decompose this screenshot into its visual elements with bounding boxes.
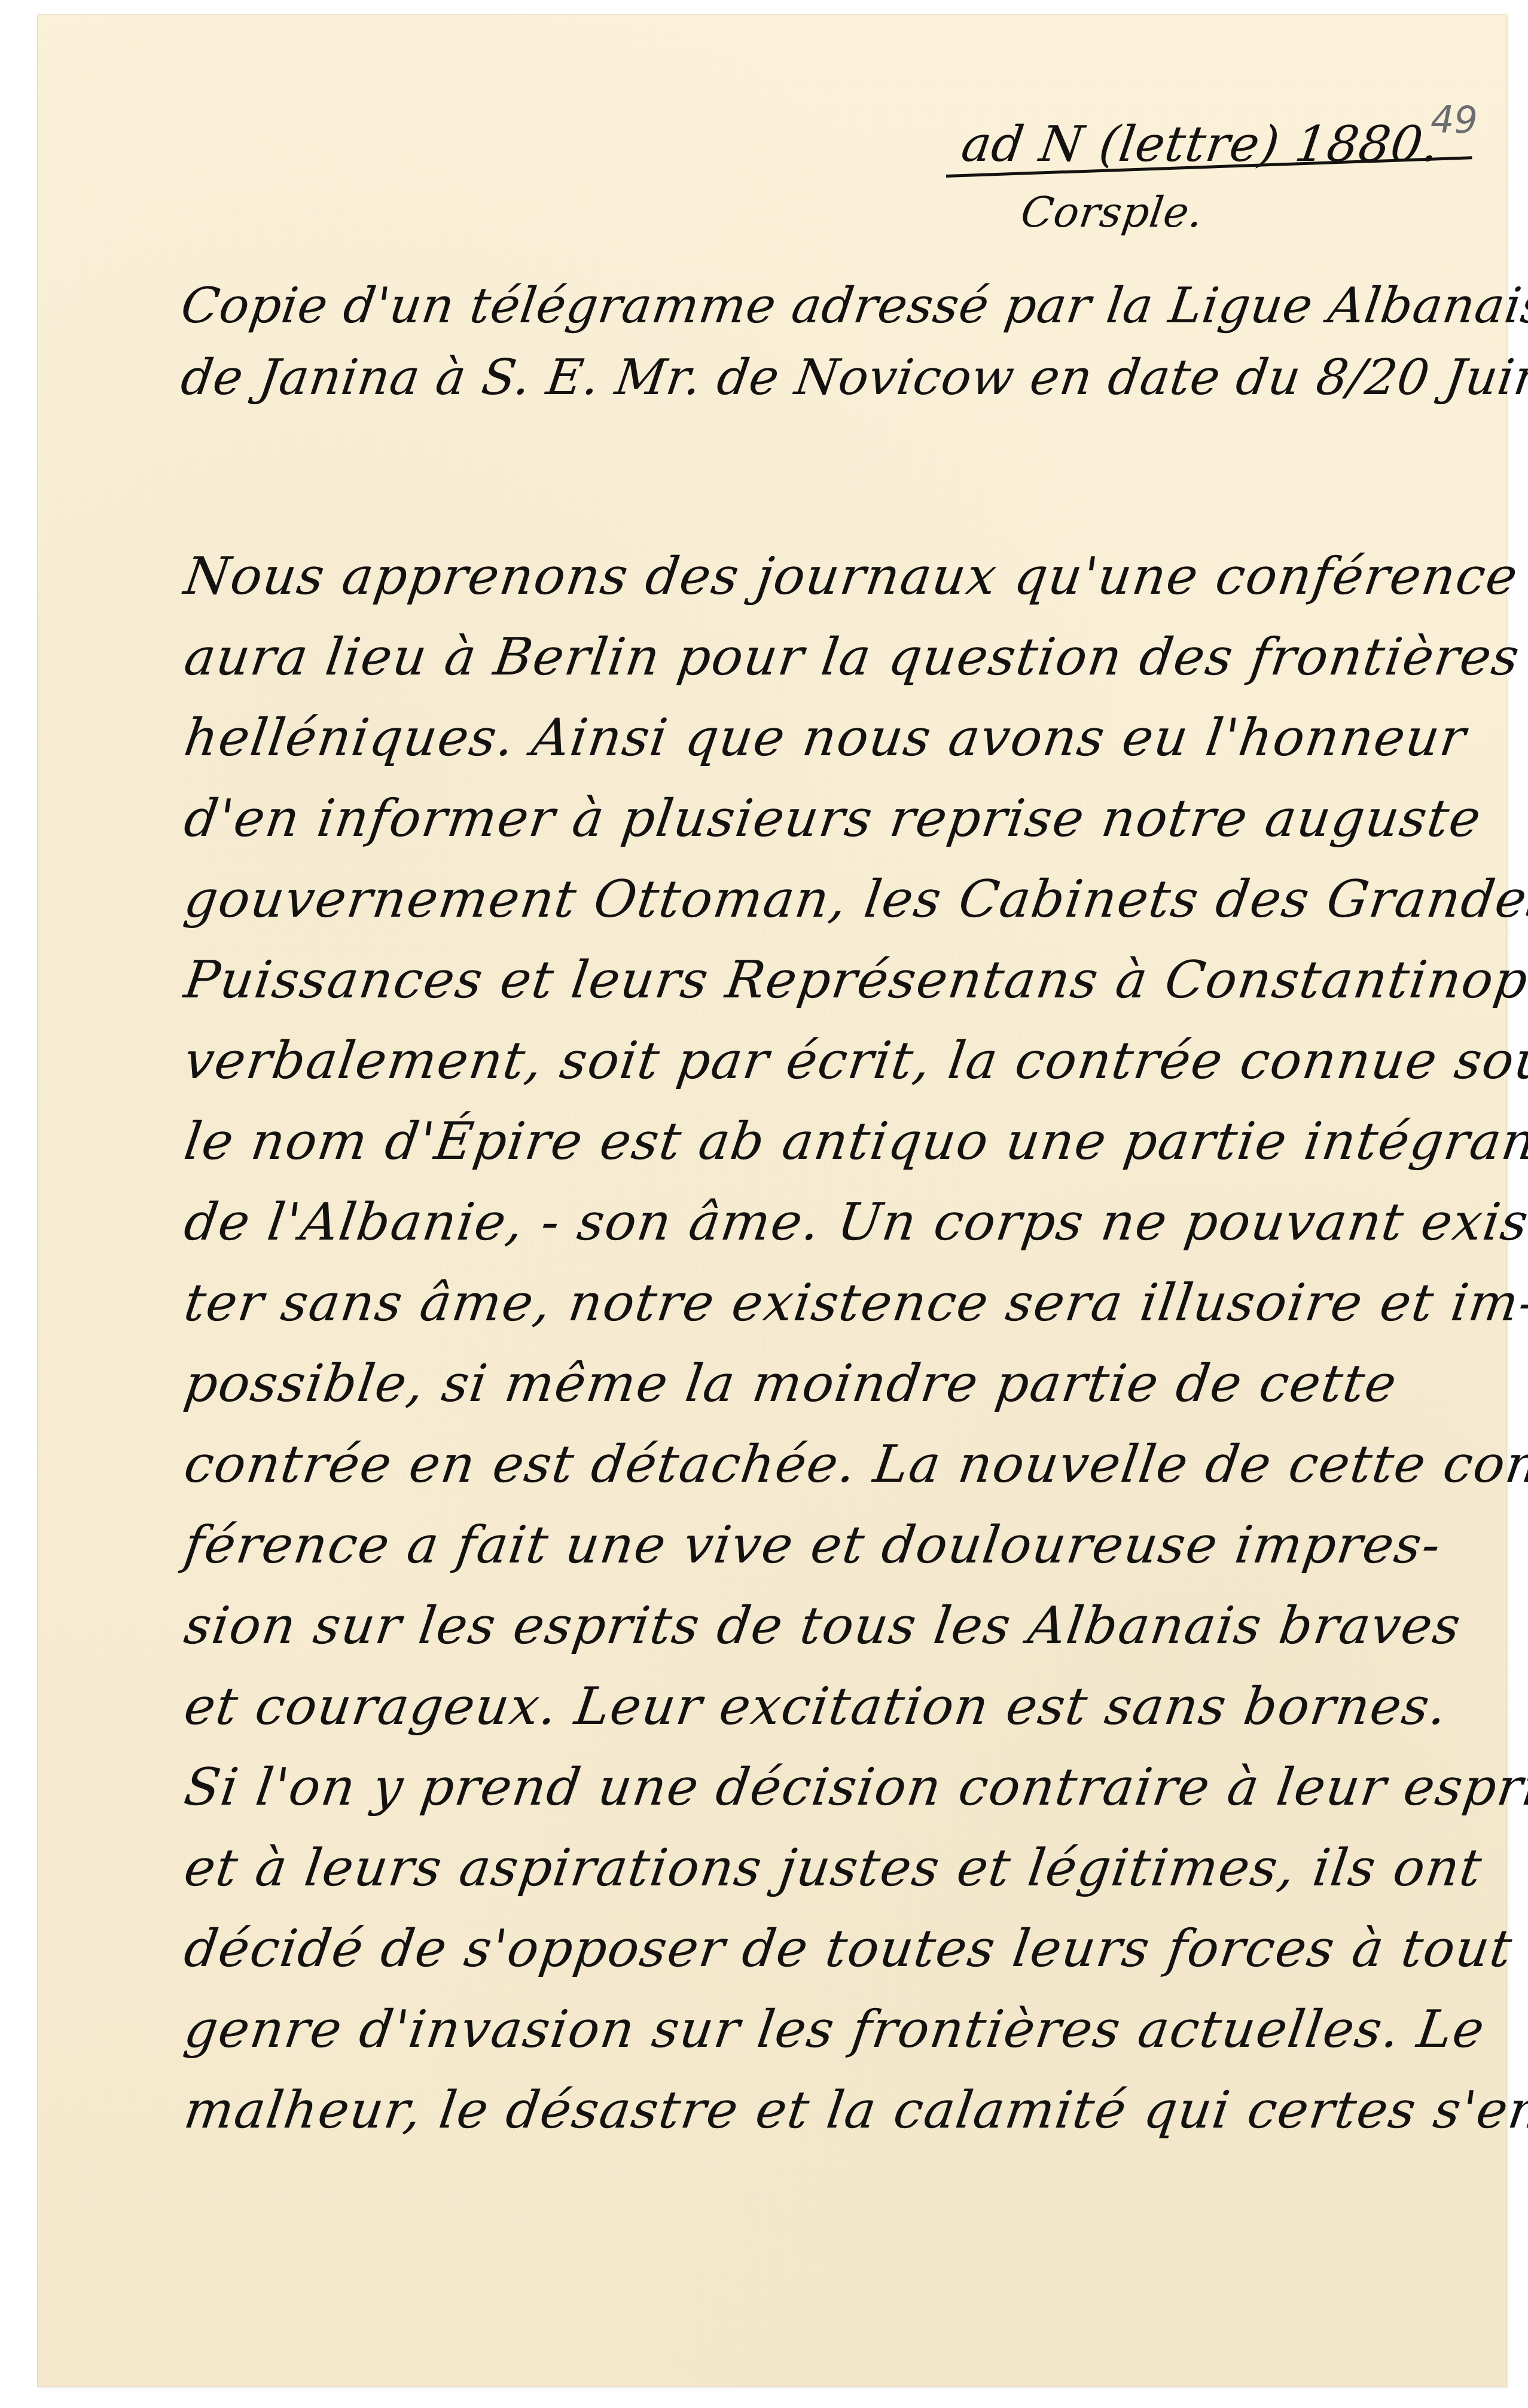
body-line: gouvernement Ottoman, les Cabinets des G… xyxy=(181,869,1528,929)
body-line: et à leurs aspirations justes et légitim… xyxy=(181,1838,1486,1898)
body-line: helléniques. Ainsi que nous avons eu l'h… xyxy=(181,708,1471,768)
body-line: de l'Albanie, - son âme. Un corps ne pou… xyxy=(181,1192,1528,1252)
body-line: malheur, le désastre et la calamité qui … xyxy=(181,2080,1528,2140)
body-line: décidé de s'opposer de toutes leurs forc… xyxy=(181,1919,1517,1979)
body-line: verbalement, soit par écrit, la contrée … xyxy=(181,1031,1528,1091)
body-line: aura lieu à Berlin pour la question des … xyxy=(181,627,1524,687)
body-line: Si l'on y prend une décision contraire à… xyxy=(181,1757,1528,1817)
body-line: Puissances et leurs Représentans à Const… xyxy=(181,950,1528,1010)
body-line: le nom d'Épire est ab antiquo une partie… xyxy=(181,1112,1528,1171)
body-line: férence a fait une vive et douloureuse i… xyxy=(181,1515,1445,1575)
body-line: Nous apprenons des journaux qu'une confé… xyxy=(181,547,1522,606)
body-line: et courageux. Leur excitation est sans b… xyxy=(181,1677,1451,1736)
header-annotation: Corsple. xyxy=(1018,188,1206,237)
body-line: sion sur les esprits de tous les Albanai… xyxy=(181,1596,1465,1656)
body-line: possible, si même la moindre partie de c… xyxy=(181,1354,1401,1414)
title-line: de Janina à S. E. Mr. de Novicow en date… xyxy=(178,349,1528,406)
title-line: Copie d'un télégramme adressé par la Lig… xyxy=(178,277,1528,334)
manuscript-page: 49 ad N (lettre) 1880. Corsple. Copie d'… xyxy=(37,14,1507,2387)
body-line: genre d'invasion sur les frontières actu… xyxy=(181,2000,1489,2059)
header-reference: ad N (lettre) 1880. xyxy=(958,116,1443,173)
body-line: d'en informer à plusieurs reprise notre … xyxy=(181,789,1486,849)
body-line: contrée en est détachée. La nouvelle de … xyxy=(181,1435,1528,1494)
body-line: ter sans âme, notre existence sera illus… xyxy=(181,1273,1528,1333)
